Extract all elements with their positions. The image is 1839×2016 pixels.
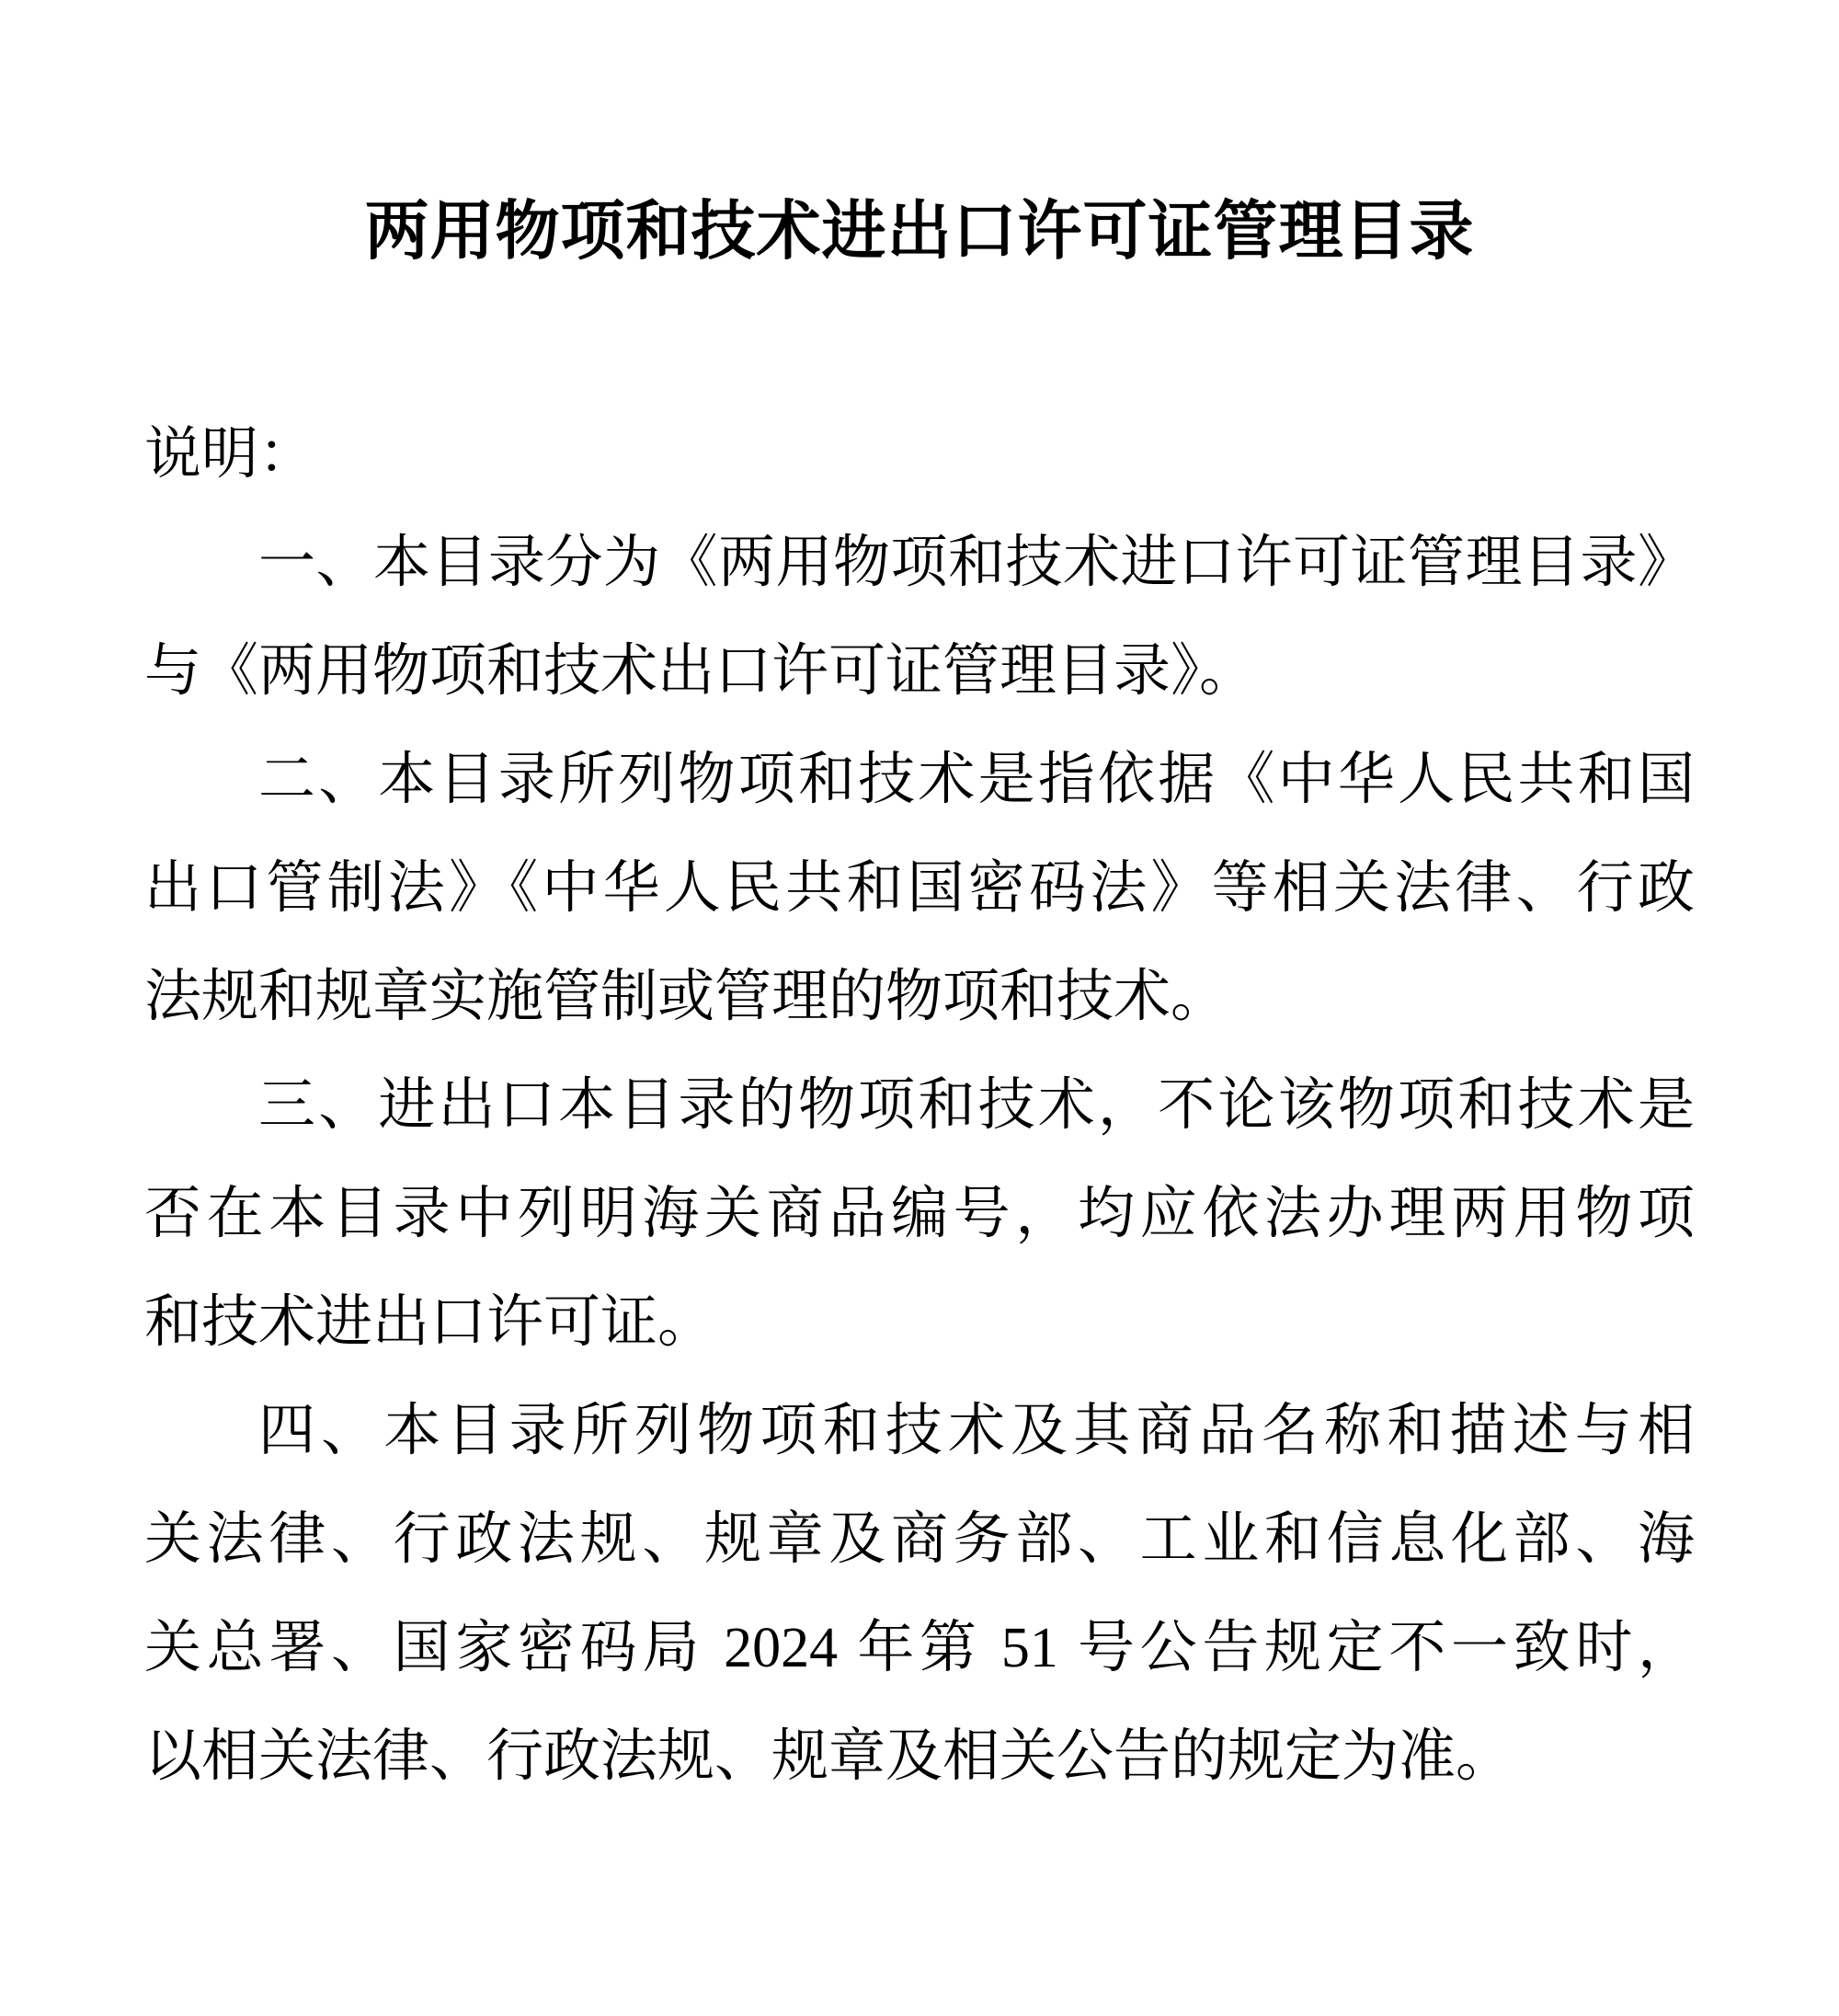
paragraph-2-line-2: 出口管制法》《中华人民共和国密码法》等相关法律、行政 [144, 834, 1695, 943]
paragraph-3-line-3: 和技术进出口许可证。 [144, 1268, 1695, 1377]
paragraph-4-line-3: 关总署、国家密码局 2024 年第 51 号公告规定不一致时， [144, 1594, 1695, 1702]
document-title: 两用物项和技术进出口许可证管理目录 [0, 187, 1839, 279]
paragraph-3-line-1: 三、进出口本目录的物项和技术，不论该物项和技术是 [144, 1051, 1695, 1160]
document-page: 两用物项和技术进出口许可证管理目录 说明： 一、本目录分为《两用物项和技术进口许… [0, 0, 1839, 2016]
note-label: 说明： [144, 400, 1695, 509]
paragraph-1-line-2: 与《两用物项和技术出口许可证管理目录》。 [144, 617, 1695, 726]
paragraph-2-line-3: 法规和规章实施管制或管理的物项和技术。 [144, 943, 1695, 1051]
paragraph-4-line-1: 四、本目录所列物项和技术及其商品名称和描述与相 [144, 1377, 1695, 1485]
document-body: 说明： 一、本目录分为《两用物项和技术进口许可证管理目录》 与《两用物项和技术出… [144, 400, 1695, 1811]
paragraph-4-line-4: 以相关法律、行政法规、规章及相关公告的规定为准。 [144, 1702, 1695, 1811]
paragraph-4-line-2: 关法律、行政法规、规章及商务部、工业和信息化部、海 [144, 1485, 1695, 1594]
paragraph-3-line-2: 否在本目录中列明海关商品编号，均应依法办理两用物项 [144, 1160, 1695, 1268]
paragraph-2-line-1: 二、本目录所列物项和技术是指依据《中华人民共和国 [144, 726, 1695, 834]
paragraph-1-line-1: 一、本目录分为《两用物项和技术进口许可证管理目录》 [144, 509, 1695, 617]
